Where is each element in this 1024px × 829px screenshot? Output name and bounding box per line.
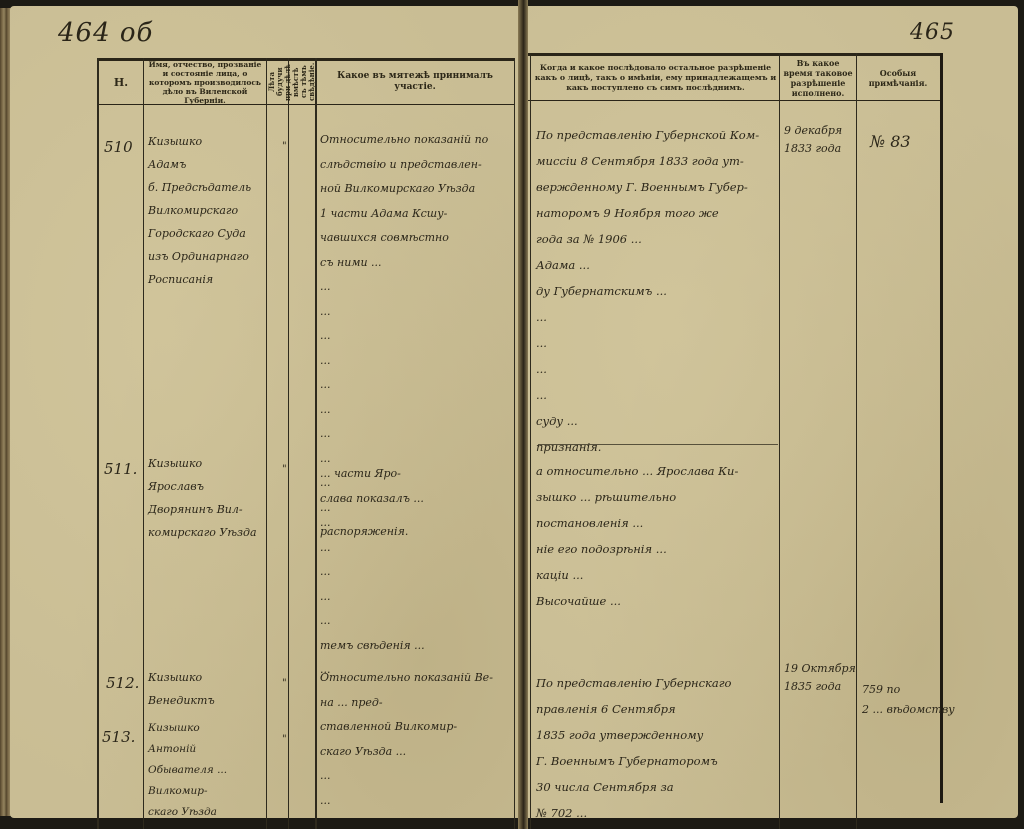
entry-resolution: По представленію Губернской Ком- миссіи … <box>536 122 778 460</box>
header-years: Лѣта будучи при дѣлѣ вмѣстѣ съ тѣмъ свѣд… <box>268 63 314 101</box>
entry-participation: ... части Яро- слава показалъ ... ... ..… <box>320 462 514 683</box>
entry-resolution: а относительно ... Ярослава Ки- зышко ..… <box>536 458 778 614</box>
book-gutter <box>518 0 528 829</box>
header-participation: Какое въ мятежѣ принималъ участіе. <box>318 62 512 102</box>
column-rule <box>514 58 515 829</box>
column-rule <box>530 53 531 829</box>
header-executed-when: Въ какое время таковое разрѣшеніе исполн… <box>781 57 855 99</box>
entry-name: Кизышко Адамъ б. Предсѣдатель Вилкомирск… <box>148 130 266 291</box>
entry-name: Кизышко Венедиктъ <box>148 666 266 712</box>
register-spread: 464 об 465 Н. Имя, отчество, прозваніе и… <box>0 0 1024 829</box>
entry-resolution: По представленію Губернскаго правленія 6… <box>536 670 778 826</box>
column-rule <box>315 58 317 829</box>
header-bottom-rule-right <box>528 100 940 101</box>
entry-remarks: № 83 <box>870 130 911 155</box>
entry-name: Кизышко Антоній Обывателя ... Вилкомир- … <box>148 718 266 823</box>
entry-number: 512. <box>106 674 139 692</box>
entry-name: Кизышко Ярославъ Дворянинъ Вил- комирска… <box>148 452 266 544</box>
header-remarks: Особыя примѣчанія. <box>858 57 938 99</box>
entry-years: " <box>282 728 287 753</box>
left-folio-number: 464 об <box>58 18 153 48</box>
column-rule <box>266 58 267 829</box>
column-rule <box>97 58 99 829</box>
header-resolution: Когда и какое послѣдовало остальное разр… <box>533 57 778 99</box>
entry-number: 511. <box>104 460 137 478</box>
column-rule <box>143 58 144 829</box>
entry-executed-when: 9 декабря 1833 года <box>784 122 856 158</box>
entry-remarks: 759 по 2 ... вѣдомству <box>862 680 1012 720</box>
entry-number: 510 <box>104 138 133 156</box>
header-top-rule-right <box>528 53 940 56</box>
entry-executed-when: 19 Октября 1835 года <box>784 660 856 696</box>
entry-participation: Относительно показаній Ве- на ... пред- … <box>320 666 514 813</box>
header-name: Имя, отчество, прозваніе и состояніе лиц… <box>146 62 264 102</box>
entry-years: " <box>282 135 287 160</box>
right-folio-number: 465 <box>910 20 955 45</box>
entry-years: " <box>282 672 287 697</box>
entry-separator <box>538 444 778 445</box>
header-number: Н. <box>100 62 142 102</box>
entry-years: " <box>282 458 287 483</box>
column-rule <box>779 53 780 829</box>
column-rule <box>288 58 289 829</box>
entry-number: 513. <box>102 728 135 746</box>
column-rule <box>856 53 857 829</box>
